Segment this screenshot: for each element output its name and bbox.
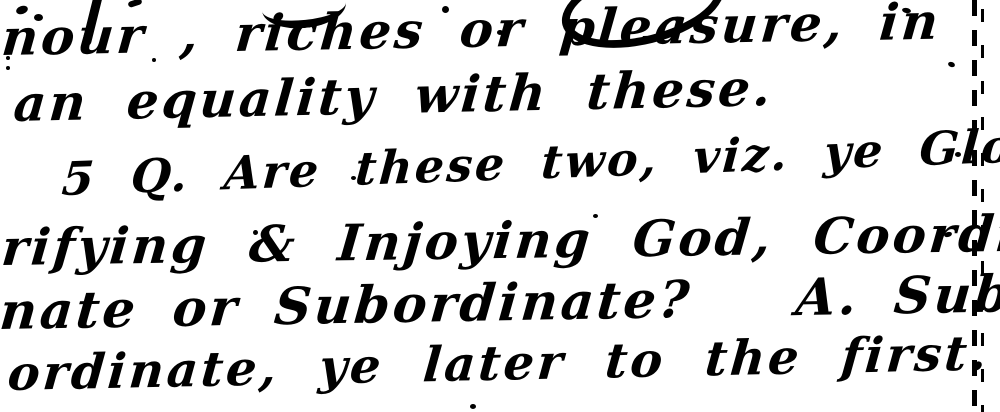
ink-speck <box>497 30 503 35</box>
ink-speck <box>6 56 10 60</box>
ink-speck <box>947 61 955 68</box>
manuscript-line-4: rifying & Injoying God, Coordi- <box>0 203 1000 277</box>
page-edge-line <box>972 0 977 412</box>
ink-speck <box>593 214 598 218</box>
ink-speck <box>470 404 476 409</box>
ink-speck <box>152 58 156 62</box>
manuscript-line-3: 5 Q. Are these two, viz. ye Glo- <box>60 118 1000 206</box>
ink-speck <box>955 152 961 157</box>
ink-speck <box>6 66 10 70</box>
ink-speck <box>351 176 356 180</box>
manuscript-line-1: nour , riches or pleasure, in <box>0 0 944 67</box>
manuscript-line-2: an equality with these. <box>12 58 777 133</box>
ink-speck <box>253 230 258 235</box>
manuscript-page: nour , riches or pleasure, in an equalit… <box>0 0 1000 412</box>
page-edge-line-faint <box>981 0 984 412</box>
